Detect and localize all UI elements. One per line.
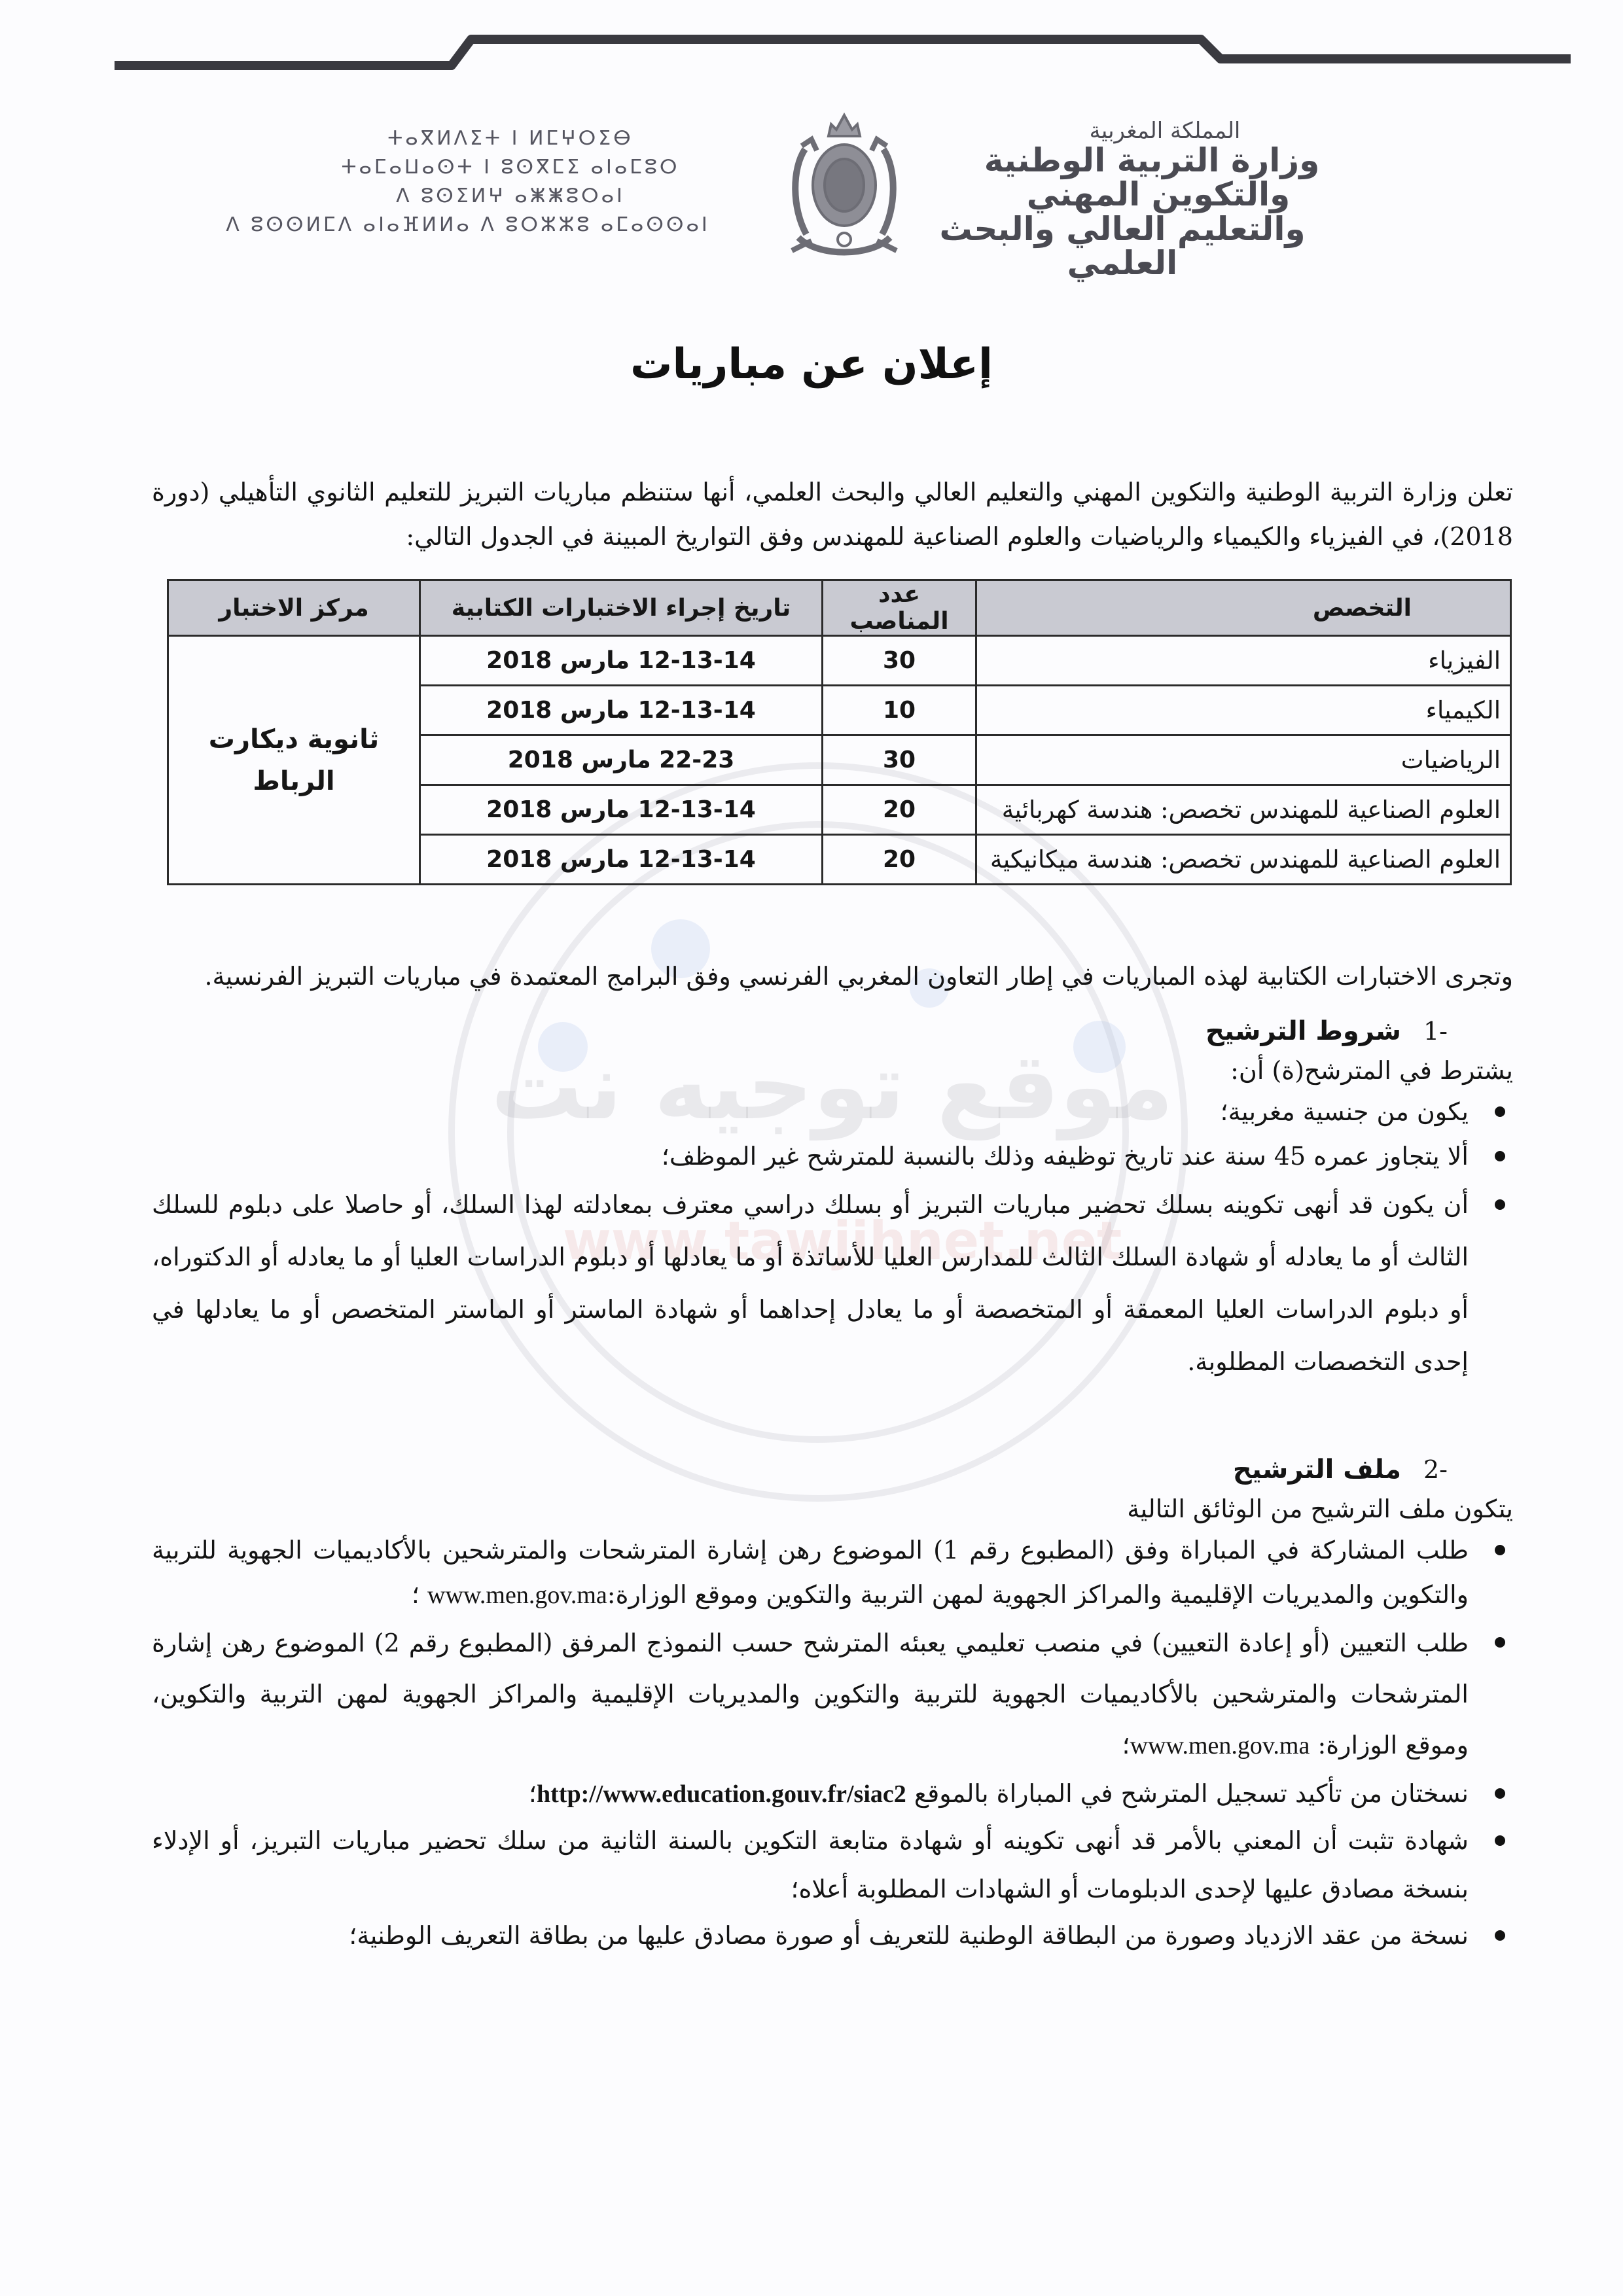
cell-exam-date: 12-13-14 مارس 2018	[420, 785, 823, 835]
list-item-suffix: ؛	[1122, 1731, 1130, 1759]
tifinagh-line-3: ⴷ ⵓⵙⵉⵍⵖ ⴰⵥⵥⵓⵔⴰⵏ	[275, 182, 746, 211]
ministry-website-link[interactable]: www.men.gov.ma	[427, 1581, 607, 1609]
documents-list: طلب المشاركة في المباراة وفق (المطبوع رق…	[152, 1528, 1513, 1958]
siac2-registration-link[interactable]: http://www.education.gouv.fr/siac2	[537, 1780, 906, 1808]
bullet-icon	[1495, 1637, 1505, 1648]
bullet-icon	[1495, 1106, 1505, 1117]
cell-positions: 20	[823, 785, 976, 835]
section-number: -1	[1423, 1017, 1448, 1046]
list-item: شهادة تثبت أن المعني بالأمر قد أنهى تكوي…	[152, 1816, 1513, 1913]
center-city: الرباط	[178, 760, 410, 802]
cell-test-center: ثانوية ديكارت الرباط	[168, 636, 420, 885]
section-lead: يشترط في المترشح(ة) أن:	[152, 1051, 1513, 1089]
list-item-suffix: ؛	[529, 1779, 537, 1808]
list-item-text: أن يكون قد أنهى تكوينه بسلك تحضير مباريا…	[152, 1190, 1469, 1376]
kingdom-name: المملكة المغربية	[916, 120, 1414, 143]
cell-exam-date: 12-13-14 مارس 2018	[420, 636, 823, 686]
list-item: ألا يتجاوز عمره 45 سنة عند تاريخ توظيفه …	[152, 1134, 1513, 1178]
tifinagh-line-2: ⵜⴰⵎⴰⵡⴰⵙⵜ ⵏ ⵓⵙⴳⵎⵉ ⴰⵏⴰⵎⵓⵔ	[275, 153, 746, 182]
bullet-icon	[1495, 1151, 1505, 1161]
cell-positions: 10	[823, 686, 976, 735]
tifinagh-line-4: ⴷ ⵓⵙⵙⵍⵎⴷ ⴰⵏⴰⴼⵍⵍⴰ ⴷ ⵓⵔⵣⵣⵓ ⴰⵎⴰⵙⵙⴰⵏ	[190, 211, 746, 239]
list-item: طلب المشاركة في المباراة وفق (المطبوع رق…	[152, 1528, 1513, 1617]
section-title: ملف الترشيح	[1233, 1455, 1401, 1485]
list-item-text: ألا يتجاوز عمره 45 سنة عند تاريخ توظيفه …	[662, 1142, 1469, 1171]
intro-paragraph: تعلن وزارة التربية الوطنية والتكوين المه…	[152, 470, 1513, 559]
section-heading: -2 ملف الترشيح	[152, 1449, 1454, 1490]
list-item-text: طلب المشاركة في المباراة وفق (المطبوع رق…	[152, 1536, 1469, 1609]
ministry-name-line1: وزارة التربية الوطنية	[916, 143, 1387, 178]
section-title: شروط الترشيح	[1205, 1016, 1401, 1046]
center-name: ثانوية ديكارت	[178, 718, 410, 760]
list-item: نسختان من تأكيد تسجيل المترشح في المبارا…	[152, 1771, 1513, 1816]
section-eligibility: -1 شروط الترشيح يشترط في المترشح(ة) أن: …	[152, 1011, 1513, 1388]
section-application-file: -2 ملف الترشيح يتكون ملف الترشيح من الوث…	[152, 1449, 1513, 1958]
list-item-suffix: ؛	[412, 1580, 427, 1609]
cell-specialty: الكيمياء	[976, 686, 1511, 735]
header-positions: عدد المناصب	[823, 580, 976, 636]
cell-positions: 30	[823, 735, 976, 785]
cell-specialty: العلوم الصناعية للمهندس تخصص: هندسة ميكا…	[976, 835, 1511, 885]
cell-positions: 20	[823, 835, 976, 885]
ministry-website-link[interactable]: www.men.gov.ma	[1130, 1732, 1310, 1759]
cell-exam-date: 22-23 مارس 2018	[420, 735, 823, 785]
cell-specialty: الرياضيات	[976, 735, 1511, 785]
list-item-text: يكون من جنسية مغربية؛	[1221, 1097, 1469, 1126]
section-number: -2	[1423, 1455, 1448, 1484]
header-top-bar	[0, 0, 1623, 79]
header-specialty: التخصص	[976, 580, 1511, 636]
list-item-text: شهادة تثبت أن المعني بالأمر قد أنهى تكوي…	[152, 1826, 1469, 1903]
cell-specialty: الفيزياء	[976, 636, 1511, 686]
section-heading: -1 شروط الترشيح	[152, 1011, 1454, 1051]
table-header-row: التخصص عدد المناصب تاريخ إجراء الاختبارا…	[168, 580, 1511, 636]
section-lead: يتكون ملف الترشيح من الوثائق التالية	[152, 1490, 1513, 1528]
bullet-icon	[1495, 1930, 1505, 1941]
list-item-text: نسخة من عقد الازدياد وصورة من البطاقة ال…	[349, 1921, 1469, 1950]
ministry-header-tifinagh: ⵜⴰⴳⵍⴷⵉⵜ ⵏ ⵍⵎⵖⵔⵉⴱ ⵜⴰⵎⴰⵡⴰⵙⵜ ⵏ ⵓⵙⴳⵎⵉ ⴰⵏⴰⵎⵓⵔ…	[275, 124, 746, 239]
cooperation-paragraph: وتجرى الاختبارات الكتابية لهذه المباريات…	[152, 954, 1513, 998]
cell-specialty: العلوم الصناعية للمهندس تخصص: هندسة كهرب…	[976, 785, 1511, 835]
ministry-header-arabic: المملكة المغربية وزارة التربية الوطنية و…	[916, 120, 1387, 281]
ministry-name-line2: والتكوين المهني	[916, 177, 1400, 212]
list-item-text: نسختان من تأكيد تسجيل المترشح في المبارا…	[914, 1779, 1469, 1808]
cell-exam-date: 12-13-14 مارس 2018	[420, 686, 823, 735]
contest-table: التخصص عدد المناصب تاريخ إجراء الاختبارا…	[167, 579, 1512, 885]
header-center: مركز الاختبار	[168, 580, 420, 636]
bullet-icon	[1495, 1199, 1505, 1210]
header-exam-date: تاريخ إجراء الاختبارات الكتابية	[420, 580, 823, 636]
eligibility-list: يكون من جنسية مغربية؛ ألا يتجاوز عمره 45…	[152, 1089, 1513, 1388]
list-item: أن يكون قد أنهى تكوينه بسلك تحضير مباريا…	[152, 1178, 1513, 1388]
list-item: طلب التعيين (أو إعادة التعيين) في منصب ت…	[152, 1617, 1513, 1771]
cell-positions: 30	[823, 636, 976, 686]
page-title: إعلان عن مباريات	[0, 340, 1623, 389]
bullet-icon	[1495, 1788, 1505, 1799]
ministry-name-line3: والتعليم العالي والبحث العلمي	[916, 212, 1329, 281]
coat-of-arms-icon	[766, 110, 923, 274]
list-item: يكون من جنسية مغربية؛	[152, 1089, 1513, 1134]
tifinagh-line-1: ⵜⴰⴳⵍⴷⵉⵜ ⵏ ⵍⵎⵖⵔⵉⴱ	[275, 124, 746, 153]
bullet-icon	[1495, 1835, 1505, 1846]
bullet-icon	[1495, 1545, 1505, 1555]
table-row: الفيزياء 30 12-13-14 مارس 2018 ثانوية دي…	[168, 636, 1511, 686]
cell-exam-date: 12-13-14 مارس 2018	[420, 835, 823, 885]
list-item: نسخة من عقد الازدياد وصورة من البطاقة ال…	[152, 1913, 1513, 1958]
